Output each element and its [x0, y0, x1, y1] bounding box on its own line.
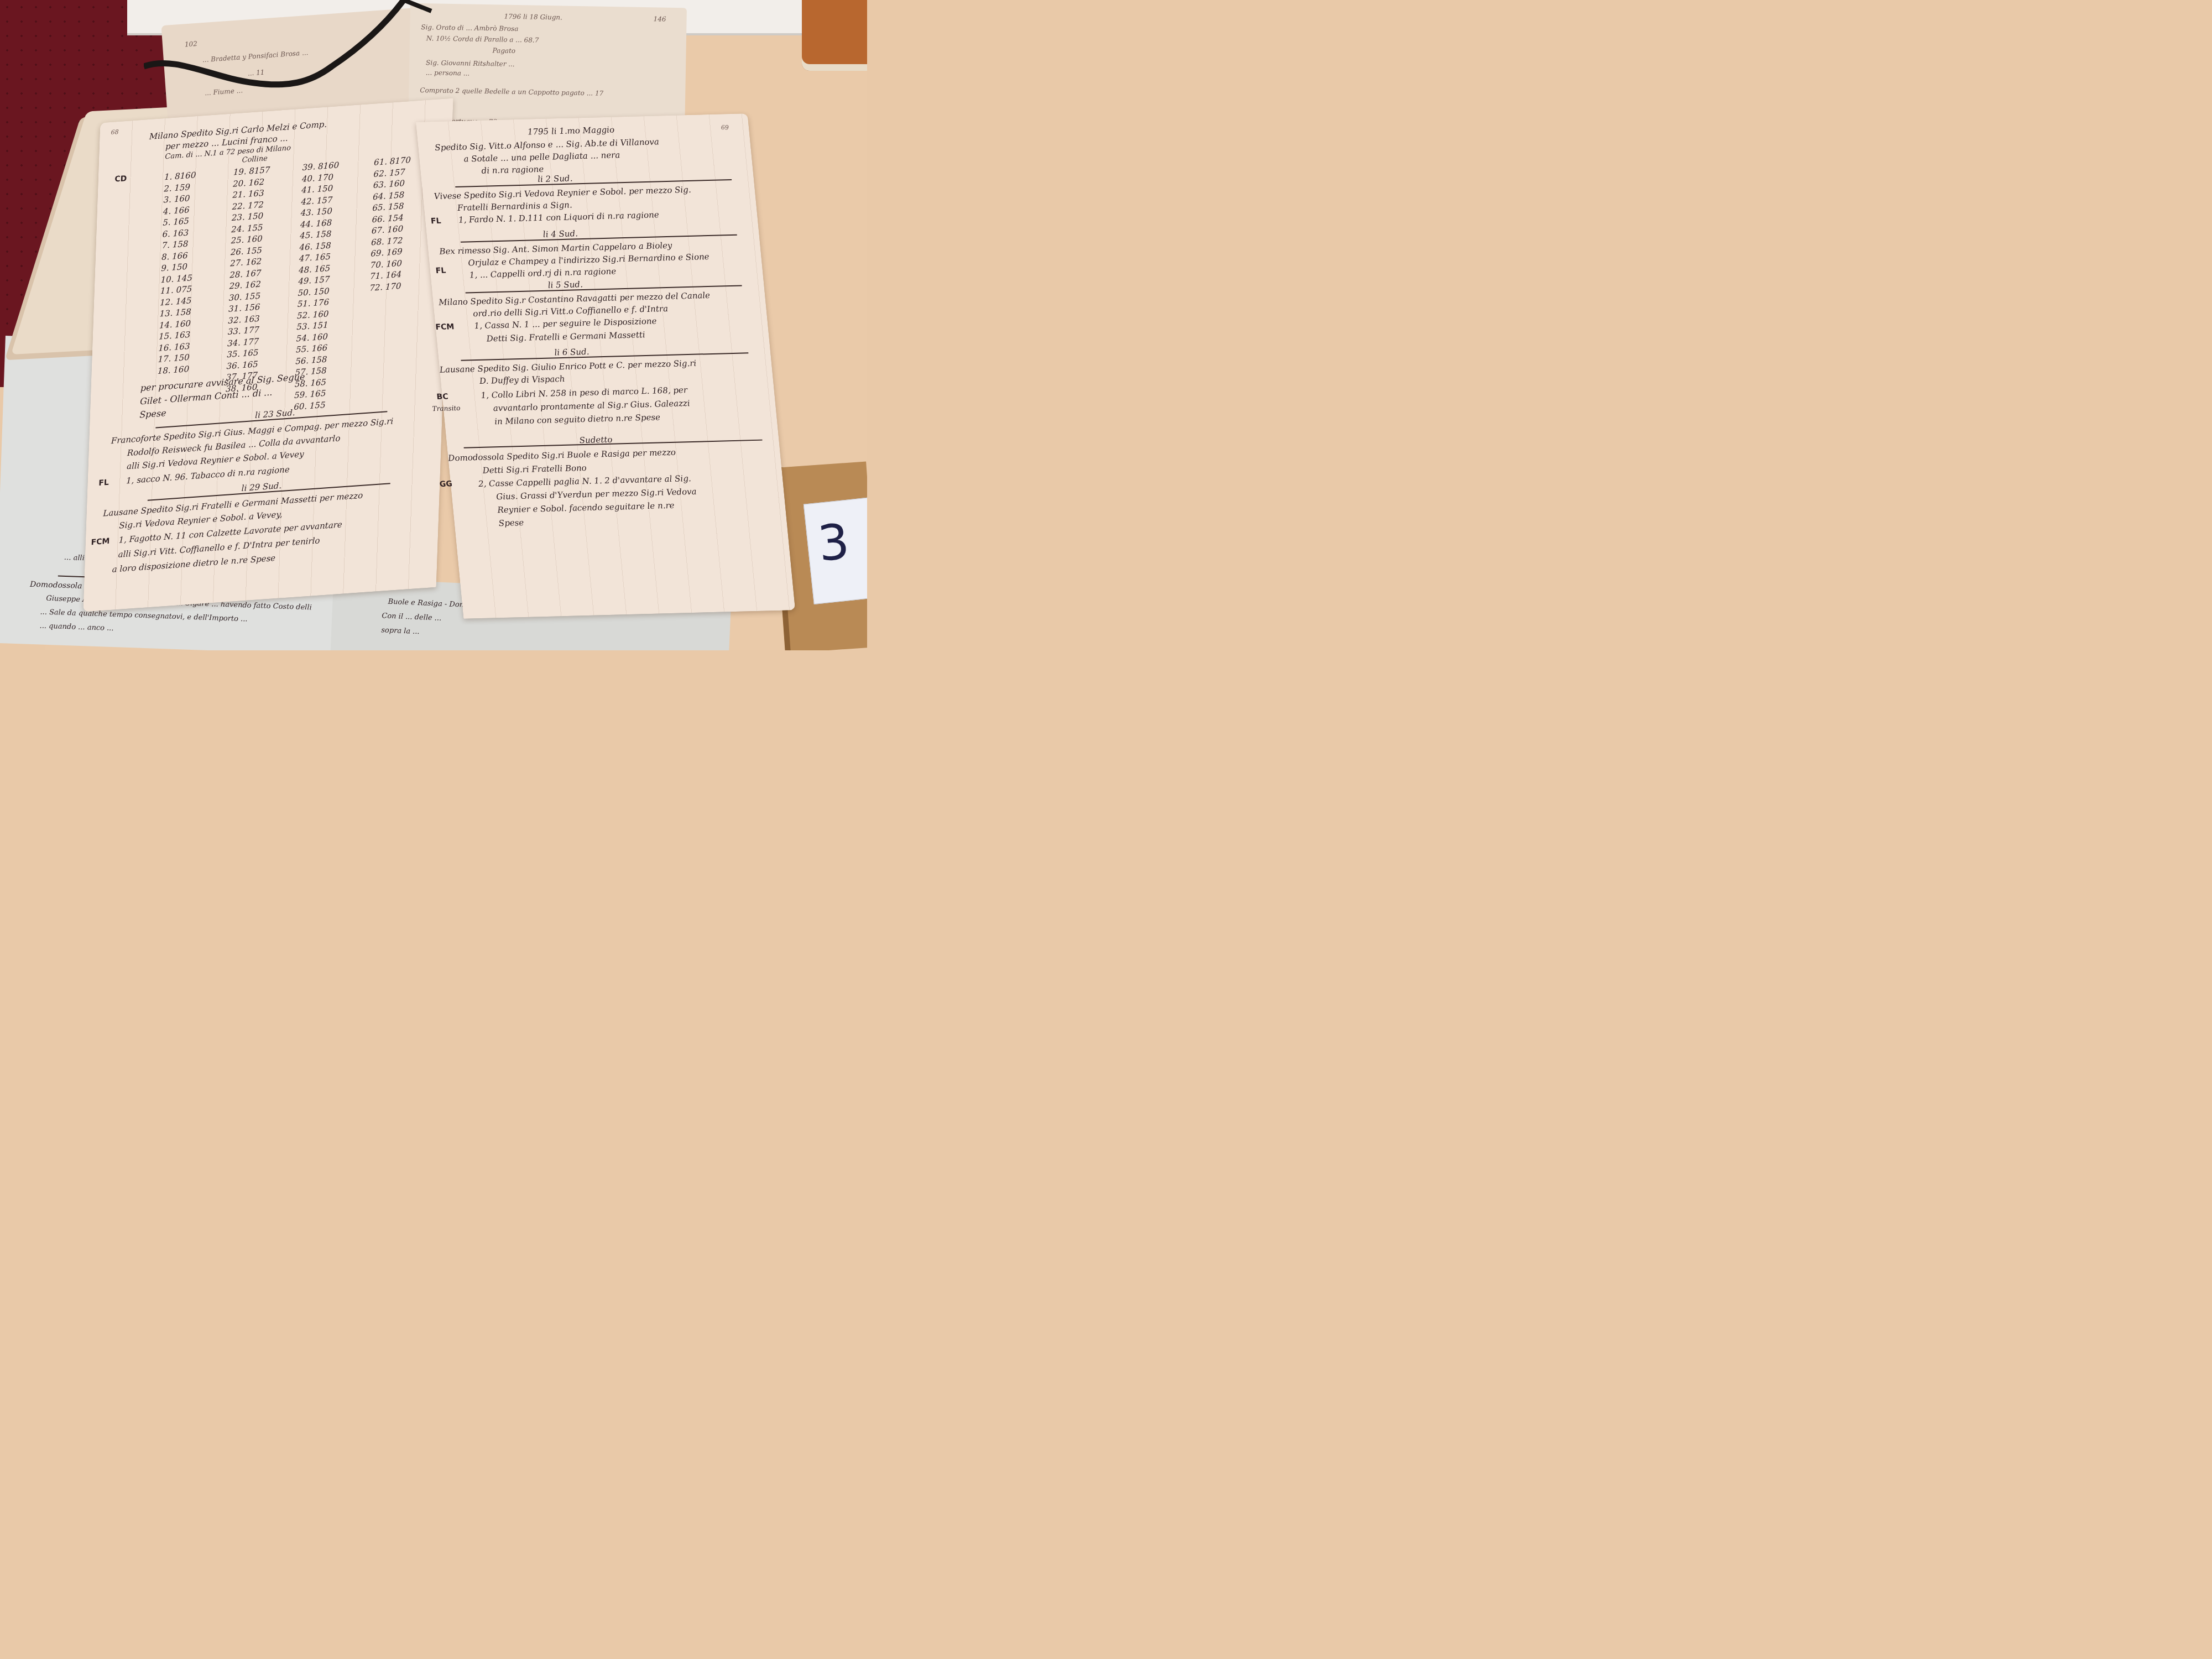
ledger-line: Comprato 2 quelle Bedelle a un Cappotto … — [420, 86, 603, 97]
entry-line: Spedito Sig. Vitt.o Alfonso e ... Sig. A… — [435, 137, 660, 153]
weight-column-4: 61. 817062. 15763. 16064. 15865. 15866. … — [369, 154, 411, 294]
label-number: 3 — [815, 513, 852, 572]
entry-date: li 6 Sud. — [554, 347, 590, 358]
entry-line: 1, ... Cappelli ord.rj di n.ra ragione — [469, 266, 617, 280]
entry-date: Sudetto — [579, 435, 613, 446]
entry-line: in Milano con seguito dietro n.re Spese — [494, 412, 660, 426]
entry-date: li 5 Sud. — [547, 279, 583, 290]
sheet-line: sopra la ... — [381, 626, 420, 636]
entry-line: Lausane Spedito Sig. Giulio Enrico Pott … — [439, 358, 697, 375]
open-ledger: 68 Milano Spedito Sig.ri Carlo Melzi e C… — [91, 101, 799, 615]
bale-weight-entry: 18. 160 — [158, 363, 190, 377]
entry-line: a Sotale ... una pelle Dagliata ... nera — [463, 150, 620, 164]
margin-note: Transito — [432, 404, 461, 413]
entry-line: avvantarlo prontamente al Sig.r Gius. Ga… — [493, 398, 690, 413]
entry-line: Detti Sig.ri Fratelli Bono — [482, 463, 587, 476]
page-date-header: 1795 li 1.mo Maggio — [527, 124, 615, 137]
black-elastic-strap — [144, 0, 442, 105]
entry-line: Fratelli Bernardinis a Sign. — [457, 200, 572, 213]
page-number: 146 — [653, 15, 666, 23]
shipping-mark: BC — [436, 392, 448, 401]
ledger-left-page: 68 Milano Spedito Sig.ri Carlo Melzi e C… — [83, 98, 453, 612]
sheet-line: ... quando ... anco ... — [39, 622, 113, 633]
shipping-mark: FCM — [435, 322, 455, 332]
entry-date: li 4 Sud. — [542, 228, 578, 239]
shipping-mark: FCM — [91, 537, 109, 547]
entry-line: 1, Collo Libri N. 258 in peso di marco L… — [481, 385, 688, 400]
entry-date: li 2 Sud. — [537, 173, 573, 184]
entry-line: Detti Sig. Fratelli e Germani Massetti — [486, 330, 645, 343]
ledger-line: Pagato — [492, 46, 515, 55]
bale-weight-entry: 60. 155 — [294, 399, 331, 413]
entry-line: Gius. Grassi d'Yverdun per mezzo Sig.ri … — [495, 487, 697, 502]
bale-weight-entry: 72. 170 — [369, 280, 406, 294]
bale-weight-entry: 1. 8160 — [164, 169, 196, 183]
red-bound-book — [802, 0, 867, 71]
page-number: 68 — [111, 128, 118, 136]
shipping-mark: FL — [98, 478, 109, 488]
ledger-date: 1796 li 18 Giugn. — [504, 13, 563, 22]
weight-column-2: 19. 815720. 16221. 16322. 17223. 15024. … — [226, 164, 270, 395]
ledger-right-page: 1795 li 1.mo Maggio 69 Spedito Sig. Vitt… — [416, 113, 795, 619]
shipping-mark: FL — [435, 267, 446, 275]
entry-line: Reynier e Sobol. facendo seguitare le n.… — [497, 500, 675, 515]
column-label: Colline — [242, 154, 268, 164]
shipping-mark: FL — [430, 217, 441, 226]
weight-column-1: 1. 81602. 1593. 1604. 1665. 1656. 1637. … — [158, 169, 196, 377]
entry-line: Domodossola Spedito Sig.ri Buole e Rasig… — [448, 447, 676, 463]
entry-line: 1, Fardo N. 1. D.111 con Liquori di n.ra… — [458, 210, 659, 225]
entry-line: 1, Cassa N. 1 ... per seguire le Disposi… — [474, 316, 658, 331]
entry-line: Spese — [498, 518, 524, 528]
entry-line: D. Duffey di Vispach — [479, 374, 565, 386]
ledger-line: N. 10½ Corda di Parallo a ... 68.7 — [426, 34, 539, 44]
archive-number-label: 3 — [804, 497, 867, 604]
entry-line: di n.ra ragione — [481, 164, 544, 176]
shipping-mark: CD — [114, 174, 127, 184]
shipping-mark: GG — [439, 479, 453, 489]
closing-note: Spese — [139, 408, 166, 420]
entry-line: 2, Casse Cappelli paglia N. 1. 2 d'avvan… — [478, 473, 691, 489]
page-number: 69 — [721, 124, 729, 131]
entry-line: Vivese Spedito Sig.ri Vedova Reynier e S… — [434, 185, 691, 201]
